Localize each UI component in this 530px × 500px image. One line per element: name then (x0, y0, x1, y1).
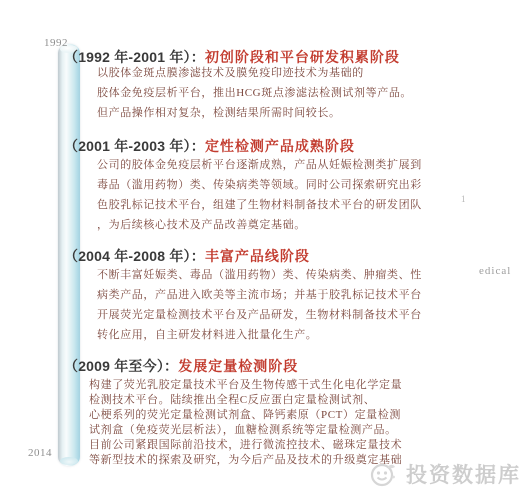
stage-3-body: 不断丰富妊娠类、毒品（滥用药物）类、传染病类、肿瘤类、性 病类产品，产品进入欧美… (97, 265, 422, 345)
stage-1-line: 胶体金免疫层析平台，推出HCG斑点渗滤法检测试剂等产品。 (97, 83, 412, 103)
stage-3: （2004 年-2008 年）：丰富产品线阶段 (64, 248, 310, 266)
smiley-logo-icon (368, 461, 398, 487)
timeline-start-year: 1992 (44, 37, 68, 49)
stage-3-line: 开展荧光定量检测技术平台及产品研发，生物材料制备技术平台 (97, 305, 422, 325)
stage-4-line: 等新型技术的探索及研究，为今后产品及技术的升级奠定基础 (89, 453, 402, 468)
footer-watermark-text: 投资数据库 (406, 459, 521, 489)
timeline-end-year: 2014 (28, 447, 52, 459)
stage-3-line: 不断丰富妊娠类、毒品（滥用药物）类、传染病类、肿瘤类、性 (97, 265, 422, 285)
stage-4-body: 构建了荧光乳胶定量技术平台及生物传感干式生化电化学定量 检测技术平台。陆续推出全… (89, 378, 402, 468)
stage-4-line: 目前公司紧跟国际前沿技术，进行微流控技术、磁珠定量技术 (89, 438, 402, 453)
stage-3-line: 转化应用，自主研发材料进入批量化生产。 (97, 325, 422, 345)
stage-1-body: 以胶体金斑点膜渗滤技术及膜免疫印迹技术为基础的 胶体金免疫层析平台，推出HCG斑… (97, 63, 412, 123)
stage-1-line: 但产品操作相对复杂，检测结果所需时间较长。 (97, 103, 412, 123)
stage-2-line: 公司的胶体金免疫层析平台逐渐成熟，产品从妊娠检测类扩展到 (97, 155, 422, 175)
stage-4-header: （2009 年至今）：发展定量检测阶段 (64, 358, 298, 376)
timeline-infographic: 1992 2014 （1992 年-2001 年）：初创阶段和平台研发积累阶段 … (0, 0, 530, 500)
stage-2-title: 定性检测产品成熟阶段 (205, 140, 355, 155)
footer-watermark: 投资数据库 (368, 458, 528, 490)
stage-2-line: 色胶乳标记技术平台，组建了生物材料制备技术平台的研发团队 (97, 195, 422, 215)
stage-2-line: 毒品（滥用药物）类、传染病类等领域。同时公司探索研究出彩 (97, 175, 422, 195)
stage-4-title: 发展定量检测阶段 (178, 360, 298, 375)
stage-4-period: （2009 年至今）： (64, 358, 178, 374)
stage-4-line: 构建了荧光乳胶定量技术平台及生物传感干式生化电化学定量 (89, 378, 402, 393)
stage-2-line: ，为后续核心技术及产品改善奠定基础。 (97, 215, 422, 235)
stage-4-line: 试剂盒（免疫荧光层析法），血糖检测系统等定量检测产品。 (89, 423, 402, 438)
stage-3-period: （2004 年-2008 年）： (64, 248, 205, 264)
stage-4: （2009 年至今）：发展定量检测阶段 (64, 358, 298, 376)
stage-3-header: （2004 年-2008 年）：丰富产品线阶段 (64, 248, 310, 266)
faint-mark: 1 (461, 194, 466, 204)
stage-4-line: 检测技术平台。陆续推出全程C反应蛋白定量检测试剂、 (89, 393, 402, 408)
stage-2-header: （2001 年-2003 年）：定性检测产品成熟阶段 (64, 138, 355, 156)
stage-1-line: 以胶体金斑点膜渗滤技术及膜免疫印迹技术为基础的 (97, 63, 412, 83)
edge-watermark-fragment: edical (479, 265, 511, 277)
stage-4-line: 心梗系列的荧光定量检测试剂盒、降钙素原（PCT）定量检测 (89, 408, 402, 423)
stage-3-line: 病类产品，产品进入欧美等主流市场；并基于胶乳标记技术平台 (97, 285, 422, 305)
stage-2-period: （2001 年-2003 年）： (64, 138, 205, 154)
stage-2: （2001 年-2003 年）：定性检测产品成熟阶段 (64, 138, 355, 156)
stage-2-body: 公司的胶体金免疫层析平台逐渐成熟，产品从妊娠检测类扩展到 毒品（滥用药物）类、传… (97, 155, 422, 235)
stage-3-title: 丰富产品线阶段 (205, 250, 310, 265)
